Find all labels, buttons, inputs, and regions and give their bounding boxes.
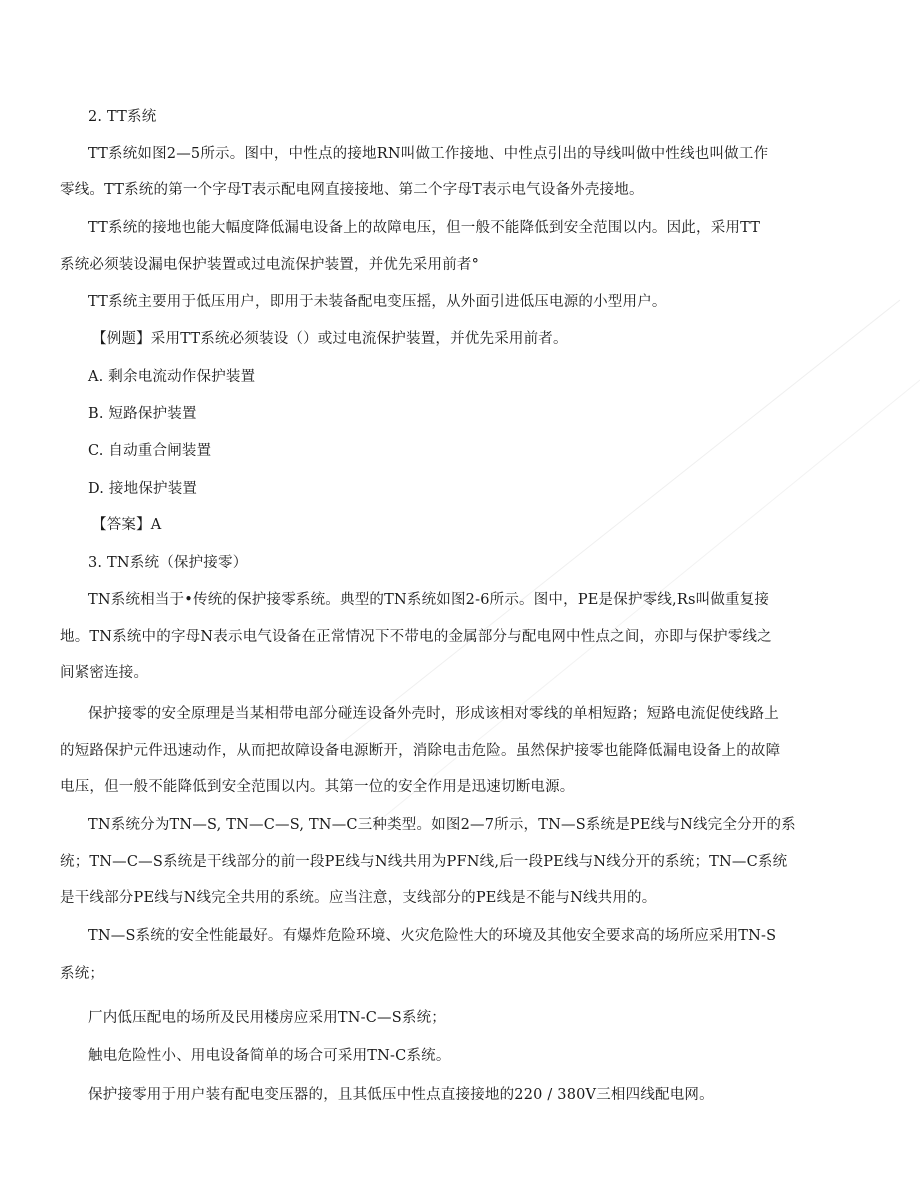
text-line: 间紧密连接。 — [60, 664, 148, 682]
document-page: 2. TT系统TT系统如图2—5所示。图中，中性点的接地RN叫做工作接地、中性点… — [0, 0, 920, 1198]
text-line: 电压，但一般不能降低到安全范围以内。其第一位的安全作用是迅速切断电源。 — [60, 778, 575, 796]
text-line: 的短路保护元件迅速动作，从而把故障设备电源断开，消除电击危险。虽然保护接零也能降… — [60, 742, 780, 760]
text-line: TN系统相当于•传统的保护接零系统。典型的TN系统如图2-6所示。图中，PE是保… — [88, 591, 769, 609]
text-line: 系统必须装设漏电保护装置或过电流保护装置，并优先采用前者° — [60, 256, 479, 274]
text-line: 【例题】采用TT系统必须装设（）或过电流保护装置，并优先采用前者。 — [92, 330, 568, 348]
text-line: 保护接零用于用户装有配电变压器的，且其低压中性点直接接地的220 / 380V三… — [88, 1086, 714, 1104]
text-line: A. 剩余电流动作保护装置 — [88, 368, 255, 386]
text-line: TT系统的接地也能大幅度降低漏电设备上的故障电压，但一般不能降低到安全范围以内。… — [88, 219, 760, 237]
text-line: B. 短路保护装置 — [88, 405, 197, 423]
text-line: 2. TT系统 — [88, 108, 156, 126]
text-line: 统；TN—C—S系统是干线部分的前一段PE线与N线共用为PFN线,后一段PE线与… — [60, 853, 787, 871]
text-line: TT系统主要用于低压用户，即用于未装备配电变压摇，从外面引进低压电源的小型用户。 — [88, 293, 667, 311]
text-line: TT系统如图2—5所示。图中，中性点的接地RN叫做工作接地、中性点引出的导线叫做… — [88, 145, 768, 163]
text-line: 触电危险性小、用电设备简单的场合可采用TN-C系统。 — [88, 1047, 451, 1065]
text-line: 保护接零的安全原理是当某相带电部分碰连设备外壳时，形成该相对零线的单相短路；短路… — [88, 705, 779, 723]
text-line: 厂内低压配电的场所及民用楼房应采用TN-C—S系统； — [88, 1009, 446, 1027]
text-line: 是干线部分PE线与N线完全共用的系统。应当注意，支线部分的PE线是不能与N线共用… — [60, 889, 656, 907]
text-line: 地。TN系统中的字母N表示电气设备在正常情况下不带电的金属部分与配电网中性点之间… — [60, 628, 772, 646]
text-line: C. 自动重合闸装置 — [88, 442, 211, 460]
text-line: TN系统分为TN—S, TN—C—S, TN—C三种类型。如图2—7所示，TN—… — [88, 816, 796, 834]
text-line: 【答案】A — [92, 516, 161, 534]
text-line: D. 接地保护装置 — [88, 480, 197, 498]
text-line: TN—S系统的安全性能最好。有爆炸危险环境、火灾危险性大的环境及其他安全要求高的… — [88, 927, 776, 945]
text-line: 3. TN系统（保护接零） — [88, 554, 247, 572]
text-line: 系统； — [60, 965, 104, 983]
text-line: 零线。TT系统的第一个字母T表示配电网直接接地、第二个字母T表示电气设备外壳接地… — [60, 181, 644, 199]
